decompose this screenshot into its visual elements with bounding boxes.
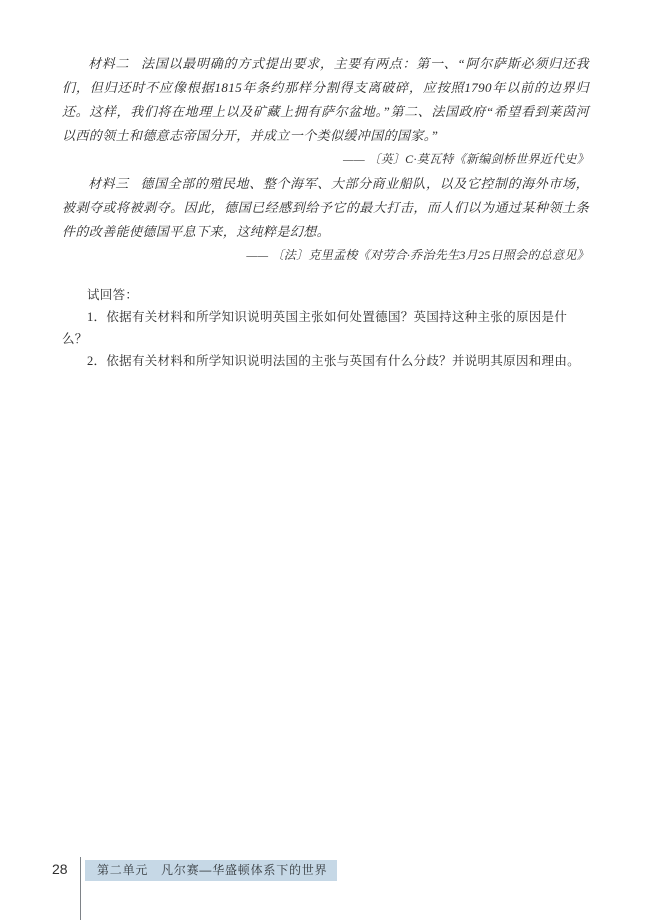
material-3-text: 德国全部的殖民地、整个海军、大部分商业船队，以及它控制的海外市场，被剥夺或将被剥…	[62, 176, 589, 239]
material-2-paragraph: 材料二法国以最明确的方式提出要求，主要有两点：第一、“阿尔萨斯必须归还我们，但归…	[62, 52, 589, 148]
question-2: 2．依据有关材料和所学知识说明法国的主张与英国有什么分歧？并说明其原因和理由。	[62, 350, 589, 372]
page-content: 材料二法国以最明确的方式提出要求，主要有两点：第一、“阿尔萨斯必须归还我们，但归…	[62, 52, 589, 372]
material-3-attribution: —— 〔法〕克里孟梭《对劳合·乔治先生3月25日照会的总意见》	[62, 246, 589, 264]
questions-section: 试回答： 1．依据有关材料和所学知识说明英国主张如何处置德国？英国持这种主张的原…	[62, 284, 589, 372]
footer-divider	[80, 857, 81, 920]
material-3-paragraph: 材料三德国全部的殖民地、整个海军、大部分商业船队，以及它控制的海外市场，被剥夺或…	[62, 172, 589, 244]
material-2-text: 法国以最明确的方式提出要求，主要有两点：第一、“阿尔萨斯必须归还我们，但归还时不…	[62, 56, 589, 143]
material-2-label: 材料二	[88, 56, 129, 71]
textbook-page: 材料二法国以最明确的方式提出要求，主要有两点：第一、“阿尔萨斯必须归还我们，但归…	[0, 0, 650, 920]
page-number: 28	[52, 861, 68, 877]
page-footer: 28 第二单元 凡尔赛—华盛顿体系下的世界	[0, 855, 650, 920]
question-1: 1．依据有关材料和所学知识说明英国主张如何处置德国？英国持这种主张的原因是什么？	[62, 306, 589, 350]
material-3-label: 材料三	[88, 176, 129, 191]
unit-title-banner: 第二单元 凡尔赛—华盛顿体系下的世界	[85, 860, 337, 881]
material-2-attribution: —— 〔英〕C·莫瓦特《新编剑桥世界近代史》	[62, 150, 589, 168]
questions-prompt: 试回答：	[62, 284, 589, 306]
